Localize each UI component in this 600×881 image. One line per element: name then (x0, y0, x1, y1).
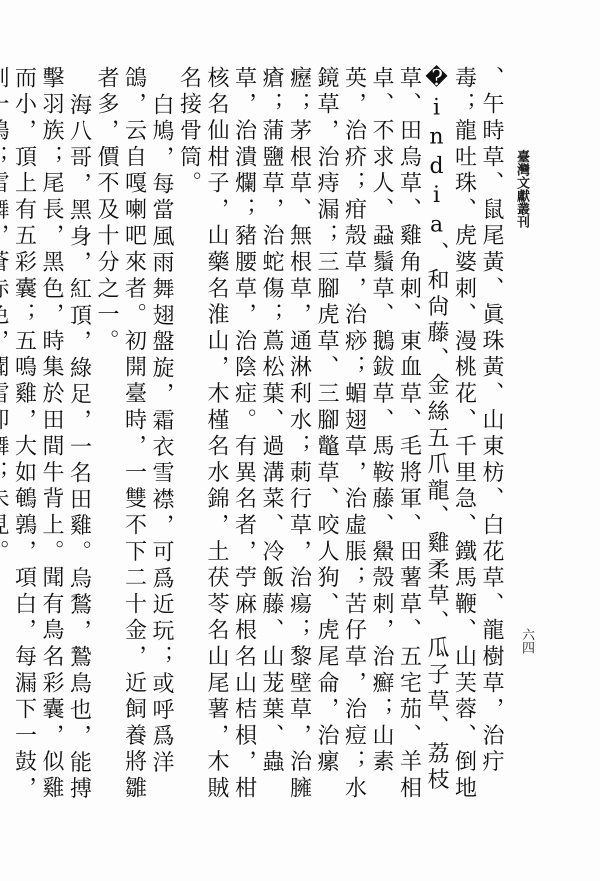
paragraph-herbs-continued: 、午時草、鼠尾黃、眞珠黃、山東枋、白花草、龍樹草，治疔毒；龍吐珠、虎婆刺、漫桃花… (175, 66, 505, 811)
paragraph-white-dove: 白鳩，每當風雨舞翅盤旋，霜衣雪襟，可爲近玩；或呼爲洋鴿，云自嘎喇吧來者。初開臺時… (93, 66, 176, 811)
page-number: 六四 (518, 628, 534, 654)
running-head-series-title: 臺灣文獻叢刊 (513, 150, 529, 228)
paragraph-sea-myna: 海八哥，黑身，紅頂，綠足，一名田雞。烏鶖，鷙鳥也，能搏擊羽族；尾長，黑色，時集於… (0, 66, 93, 811)
book-page: 臺灣文獻叢刊 六四 、午時草、鼠尾黃、眞珠黃、山東枋、白花草、龍樹草，治疔毒；龍… (0, 0, 600, 881)
vertical-body-text: 、午時草、鼠尾黃、眞珠黃、山東枋、白花草、龍樹草，治疔毒；龍吐珠、虎婆刺、漫桃花… (0, 66, 505, 811)
